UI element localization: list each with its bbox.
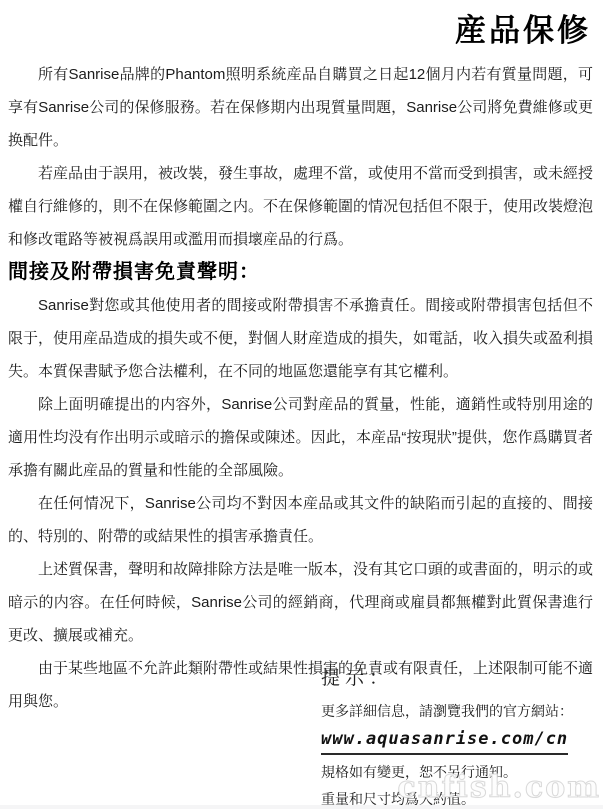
tips-intro-text: 更多詳細信息，請瀏覽我們的官方網站： xyxy=(321,698,593,725)
disclaimer-paragraph: 在任何情况下，Sanrise公司均不對因本産品或其文件的缺陷而引起的直接的、間接… xyxy=(8,487,593,553)
page-title: 産品保修 xyxy=(0,0,603,52)
warranty-document-page: 産品保修 所有Sanrise品牌的Phantom照明系統産品自購買之日起12個月… xyxy=(0,0,603,809)
tips-note-spec-change: 規格如有變更，恕不另行通知。 xyxy=(321,759,593,786)
tips-heading: 提示： xyxy=(321,664,593,694)
disclaimer-paragraph: Sanrise對您或其他使用者的間接或附帶損害不承擔責任。間接或附帶損害包括但不… xyxy=(8,289,593,388)
disclaimer-paragraph: 除上面明確提出的内容外，Sanrise公司對産品的質量，性能，適銷性或特別用途的… xyxy=(8,388,593,487)
document-body: 所有Sanrise品牌的Phantom照明系統産品自購買之日起12個月内若有質量… xyxy=(0,52,603,718)
disclaimer-heading: 間接及附帶損害免責聲明： xyxy=(8,256,593,289)
disclaimer-paragraph: 上述質保書，聲明和故障排除方法是唯一版本，没有其它口頭的或書面的，明示的或暗示的… xyxy=(8,553,593,652)
tips-block: 提示： 更多詳細信息，請瀏覽我們的官方網站： www.aquasanrise.c… xyxy=(321,664,593,809)
intro-paragraph: 所有Sanrise品牌的Phantom照明系統産品自購買之日起12個月内若有質量… xyxy=(8,58,593,157)
intro-paragraph: 若産品由于誤用，被改裝，發生事故，處理不當，或使用不當而受到損害，或未經授權自行… xyxy=(8,157,593,256)
page-bottom-edge xyxy=(0,805,603,809)
official-website-url: www.aquasanrise.com/cn xyxy=(321,727,568,755)
